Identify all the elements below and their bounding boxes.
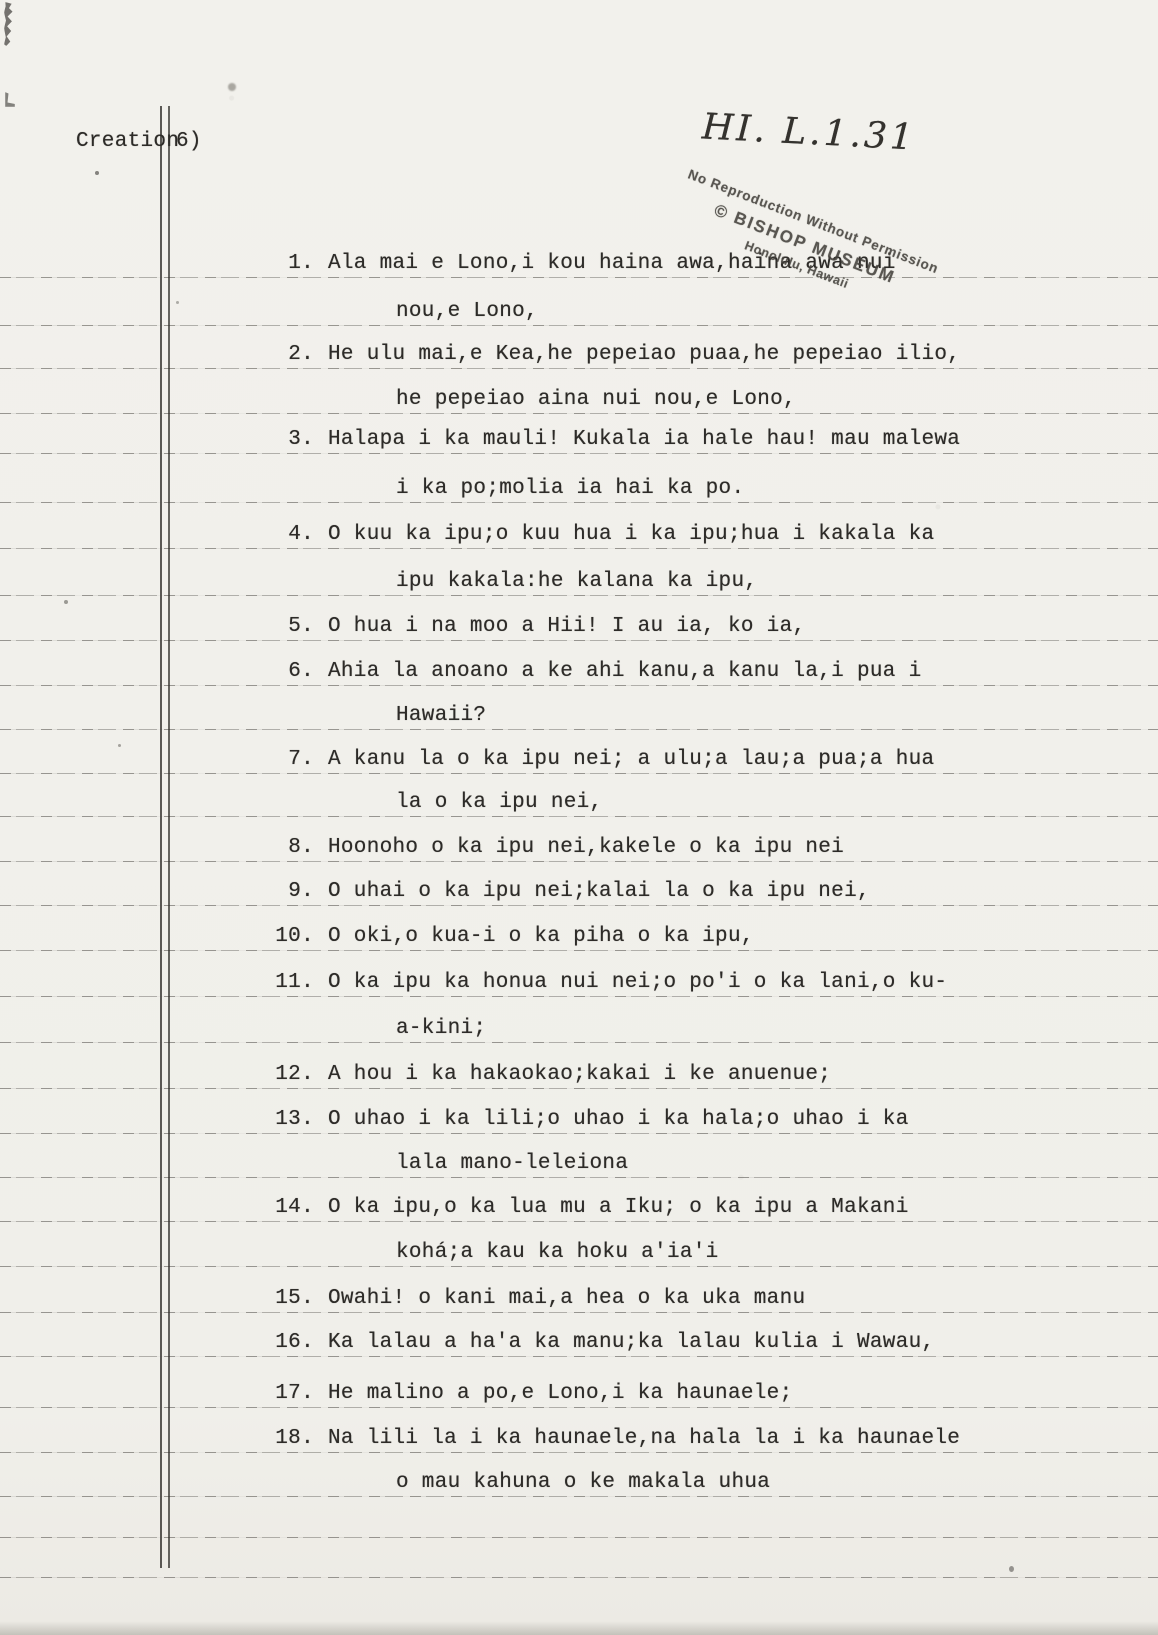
line-text: Na lili la i ka haunaele,na hala la i ka… (328, 1427, 960, 1450)
chant-line-row: a-kini; (0, 1017, 1158, 1047)
line-text: O uhao i ka lili;o uhao i ka hala;o uhao… (328, 1108, 909, 1131)
ruled-line (0, 1496, 1158, 1497)
ruled-line (0, 1407, 1158, 1408)
chant-line-row: la o ka ipu nei, (0, 791, 1158, 821)
line-text: He malino a po,e Lono,i ka haunaele; (328, 1382, 792, 1405)
scan-speck (1009, 1566, 1014, 1572)
chant-line-row: 1.Ala mai e Lono,i kou haina awa,haina a… (0, 252, 1158, 282)
ruled-line (0, 1266, 1158, 1267)
chant-line-row: 17.He malino a po,e Lono,i ka haunaele; (0, 1382, 1158, 1412)
chant-line-row: 3.Halapa i ka mauli! Kukala ia hale hau!… (0, 428, 1158, 458)
line-number: 16. (238, 1331, 314, 1354)
ruled-line (0, 1537, 1158, 1538)
ruled-line (0, 905, 1158, 906)
ruled-line (0, 548, 1158, 549)
line-number: 6. (238, 660, 314, 683)
line-text: nou,e Lono, (396, 300, 538, 323)
ruled-line (0, 595, 1158, 596)
line-text: O hua i na moo a Hii! I au ia, ko ia, (328, 615, 805, 638)
ruled-line (0, 277, 1158, 278)
line-text: O ka ipu,o ka lua mu a Iku; o ka ipu a M… (328, 1196, 909, 1219)
line-number: 8. (238, 836, 314, 859)
chant-line-row: 2.He ulu mai,e Kea,he pepeiao puaa,he pe… (0, 343, 1158, 373)
chant-line-row: 18.Na lili la i ka haunaele,na hala la i… (0, 1427, 1158, 1457)
ledger-vertical-double-rule (160, 106, 170, 1568)
chant-line-row: 6.Ahia la anoano a ke ahi kanu,a kanu la… (0, 660, 1158, 690)
ruled-line (0, 1088, 1158, 1089)
ruled-line (0, 950, 1158, 951)
ruled-line (0, 1133, 1158, 1134)
line-number: 7. (238, 748, 314, 771)
chant-line-row: lala mano-leleiona (0, 1152, 1158, 1182)
chant-line-row: o mau kahuna o ke makala uhua (0, 1471, 1158, 1501)
handwritten-accession-number: HI. L.1.31 (701, 106, 917, 158)
ruled-line (0, 640, 1158, 641)
chant-line-row: 4.O kuu ka ipu;o kuu hua i ka ipu;hua i … (0, 523, 1158, 553)
chant-line-row: nou,e Lono, (0, 300, 1158, 330)
scan-speck (95, 171, 99, 175)
chant-line-row: 13.O uhao i ka lili;o uhao i ka hala;o u… (0, 1108, 1158, 1138)
ruled-line (0, 453, 1158, 454)
scan-smudge (5, 92, 15, 107)
chant-line-row: he pepeiao aina nui nou,e Lono, (0, 388, 1158, 418)
line-text: O oki,o kua-i o ka piha o ka ipu, (328, 925, 754, 948)
line-number: 12. (238, 1063, 314, 1086)
scan-speck (64, 600, 68, 604)
line-number: 2. (238, 343, 314, 366)
line-number: 4. (238, 523, 314, 546)
ruled-line (0, 685, 1158, 686)
line-text: Halapa i ka mauli! Kukala ia hale hau! m… (328, 428, 960, 451)
line-text: lala mano-leleiona (396, 1152, 628, 1175)
line-text: A hou i ka hakaokao;kakai i ke anuenue; (328, 1063, 831, 1086)
chant-line-row: 16.Ka lalau a ha'a ka manu;ka lalau kuli… (0, 1331, 1158, 1361)
ruled-line-row (0, 1552, 1158, 1582)
line-number: 1. (238, 252, 314, 275)
line-number: 5. (238, 615, 314, 638)
line-text: O kuu ka ipu;o kuu hua i ka ipu;hua i ka… (328, 523, 934, 546)
ruled-line (0, 1452, 1158, 1453)
line-text: O ka ipu ka honua nui nei;o po'i o ka la… (328, 971, 947, 994)
line-number: 11. (238, 971, 314, 994)
scan-smudge (4, 2, 13, 46)
chant-line-row: Hawaii? (0, 704, 1158, 734)
chant-line-row: 11.O ka ipu ka honua nui nei;o po'i o ka… (0, 971, 1158, 1001)
line-text: he pepeiao aina nui nou,e Lono, (396, 388, 796, 411)
line-number: 13. (238, 1108, 314, 1131)
chant-line-row: 10.O oki,o kua-i o ka piha o ka ipu, (0, 925, 1158, 955)
line-text: kohá;a kau ka hoku a'ia'i (396, 1241, 719, 1264)
ruled-line (0, 1312, 1158, 1313)
chant-line-row: 15.Owahi! o kani mai,a hea o ka uka manu (0, 1287, 1158, 1317)
line-number: 17. (238, 1382, 314, 1405)
line-text: Ahia la anoano a ke ahi kanu,a kanu la,i… (328, 660, 922, 683)
chant-line-row: 12.A hou i ka hakaokao;kakai i ke anuenu… (0, 1063, 1158, 1093)
chant-line-row: i ka po;molia ia hai ka po. (0, 477, 1158, 507)
ruled-line (0, 368, 1158, 369)
line-text: Ka lalau a ha'a ka manu;ka lalau kulia i… (328, 1331, 934, 1354)
line-text: Hoonoho o ka ipu nei,kakele o ka ipu nei (328, 836, 844, 859)
scan-speck (228, 83, 236, 91)
ruled-line (0, 861, 1158, 862)
chant-line-row: 9.O uhai o ka ipu nei;kalai la o ka ipu … (0, 880, 1158, 910)
chant-line-row: ipu kakala:he kalana ka ipu, (0, 570, 1158, 600)
line-text: a-kini; (396, 1017, 486, 1040)
line-number: 3. (238, 428, 314, 451)
line-text: A kanu la o ka ipu nei; a ulu;a lau;a pu… (328, 748, 934, 771)
manuscript-page: Creation 6) HI. L.1.31 No Reproduction W… (0, 0, 1158, 1635)
line-text: O uhai o ka ipu nei;kalai la o ka ipu ne… (328, 880, 870, 903)
line-number: 9. (238, 880, 314, 903)
chant-line-row: 14.O ka ipu,o ka lua mu a Iku; o ka ipu … (0, 1196, 1158, 1226)
ruled-line (0, 773, 1158, 774)
ruled-line (0, 816, 1158, 817)
ruled-line (0, 1177, 1158, 1178)
page-number: 6) (176, 130, 202, 153)
chant-line-row: 5.O hua i na moo a Hii! I au ia, ko ia, (0, 615, 1158, 645)
chant-line-row: 8.Hoonoho o ka ipu nei,kakele o ka ipu n… (0, 836, 1158, 866)
line-text: Owahi! o kani mai,a hea o ka uka manu (328, 1287, 805, 1310)
bishop-museum-stamp: No Reproduction Without Permission © BIS… (668, 166, 942, 320)
chant-line-row: kohá;a kau ka hoku a'ia'i (0, 1241, 1158, 1271)
scan-speck (176, 301, 179, 304)
ruled-line (0, 996, 1158, 997)
page-bottom-shadow (0, 1621, 1158, 1635)
line-text: la o ka ipu nei, (396, 791, 602, 814)
line-number: 18. (238, 1427, 314, 1450)
line-text: o mau kahuna o ke makala uhua (396, 1471, 770, 1494)
chant-line-row: 7.A kanu la o ka ipu nei; a ulu;a lau;a … (0, 748, 1158, 778)
ruled-line (0, 325, 1158, 326)
ruled-line (0, 1042, 1158, 1043)
line-text: He ulu mai,e Kea,he pepeiao puaa,he pepe… (328, 343, 960, 366)
line-number: 15. (238, 1287, 314, 1310)
ruled-line (0, 1356, 1158, 1357)
line-text: ipu kakala:he kalana ka ipu, (396, 570, 757, 593)
ruled-line (0, 413, 1158, 414)
ruled-line (0, 502, 1158, 503)
ruled-line-row (0, 1512, 1158, 1542)
line-text: Hawaii? (396, 704, 486, 727)
ruled-line (0, 1221, 1158, 1222)
ruled-line (0, 1577, 1158, 1578)
line-number: 14. (238, 1196, 314, 1219)
ruled-line (0, 729, 1158, 730)
line-text: i ka po;molia ia hai ka po. (396, 477, 744, 500)
line-number: 10. (238, 925, 314, 948)
scan-speck (118, 744, 121, 747)
